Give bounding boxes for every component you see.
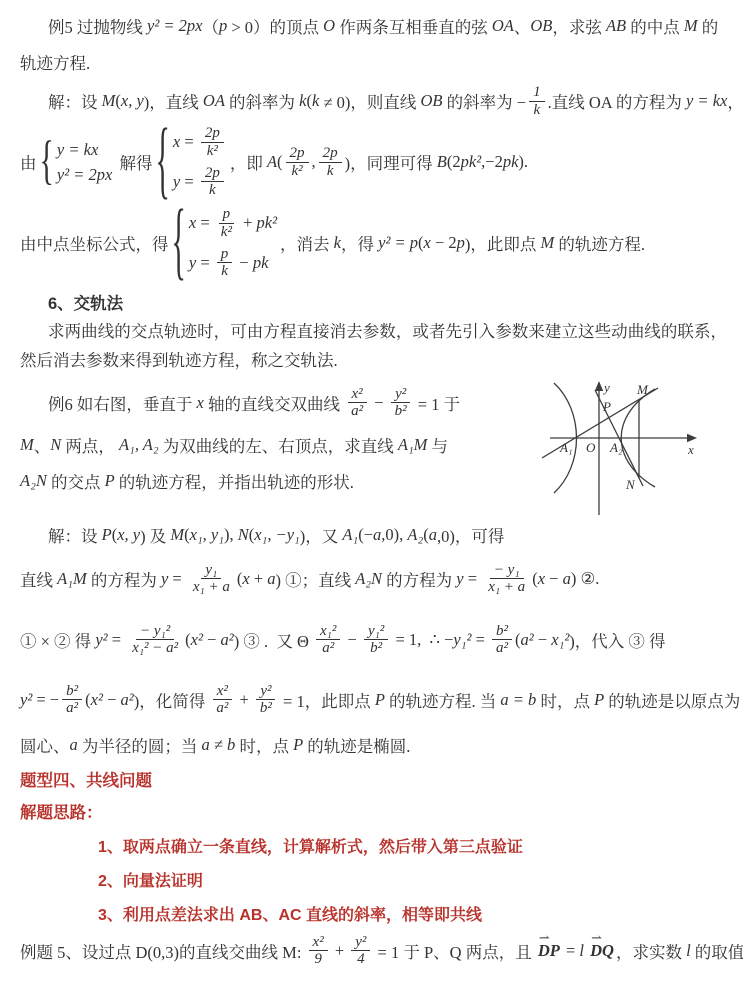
math-variable: x	[173, 132, 180, 152]
math-text: 两点，	[61, 433, 119, 457]
fraction-numerator: 2p	[319, 145, 342, 163]
math-variable: M	[20, 435, 34, 455]
fraction-denominator: a²	[318, 640, 338, 657]
ex5b-problem-line: 例题 5、设过点 D(0,3)的直线交曲线 M: x²9 + y²4 = 1 于…	[20, 927, 727, 975]
math-variable: A₂N	[20, 471, 47, 491]
y-axis-arrowhead	[595, 381, 603, 391]
brace-glyph: {	[172, 200, 186, 287]
math-text: .直线 OA 的方程为	[548, 89, 686, 113]
math-text: 直线	[20, 567, 57, 591]
math-text: > 0）的顶点	[227, 14, 323, 38]
label-P: P	[602, 399, 611, 414]
fraction-numerator: x²	[213, 683, 232, 701]
math-text: =	[196, 253, 214, 273]
system-rows: x = pk² + pk²y = pk − pk	[189, 206, 277, 280]
math-text: −	[235, 253, 253, 273]
section6-heading: 6、交轨法	[20, 290, 727, 314]
math-variable: B	[437, 152, 447, 172]
math-text: =	[562, 941, 580, 961]
fraction: pk²	[217, 206, 236, 241]
fraction-denominator: k	[323, 163, 338, 180]
fraction: pk	[217, 246, 233, 281]
type4-item-2: 2、向量法证明	[20, 868, 727, 891]
document-page: 例5 过抛物线 y² = 2px（p > 0）的顶点 O 作两条互相垂直的弦 O…	[0, 0, 743, 988]
math-variable: A₁M	[398, 435, 428, 455]
equation-system: {x = 2pk²y = 2pk	[156, 125, 227, 199]
math-variable: y²	[95, 630, 107, 650]
ex5-problem-line1: 例5 过抛物线 y² = 2px（p > 0）的顶点 O 作两条互相垂直的弦 O…	[20, 14, 727, 38]
math-text: ，	[727, 89, 743, 113]
ex6-solution-line3: ① × ② 得 y² = − y₁²x₁² − a²(x² − a²) ③ . …	[20, 615, 727, 665]
math-text: （	[202, 14, 219, 38]
math-text: (	[277, 152, 283, 172]
math-variable: A₂	[407, 525, 423, 545]
math-text: 的斜率为	[225, 89, 299, 113]
math-variable: a ≠ b	[202, 735, 236, 755]
label-N: N	[625, 477, 636, 492]
math-variable: pk	[253, 253, 269, 273]
equation-system: {y = kxy² = 2px	[40, 140, 113, 185]
math-text: +	[250, 569, 268, 589]
math-text: 的轨迹是以原点为	[604, 688, 740, 712]
math-text: 为双曲线的左、右顶点，求直线	[159, 433, 398, 457]
hyperbola-figure: y x O A₁ A₂ M N P	[542, 377, 727, 519]
fraction-numerator: b²	[492, 623, 512, 641]
math-text: ，即	[230, 150, 267, 174]
math-text: 例题 5、设过点 D(0,3)的直线交曲线 M:	[20, 939, 306, 963]
math-variable: y	[456, 569, 463, 589]
math-text: = 1 于	[414, 391, 460, 415]
math-text: ，消去	[280, 231, 334, 255]
math-text: −	[534, 630, 552, 650]
math-variable: N	[238, 525, 249, 545]
math-text: =	[180, 132, 198, 152]
fraction: x²9	[309, 934, 328, 969]
fraction: 2pk²	[201, 125, 224, 160]
label-M: M	[636, 382, 649, 397]
math-text: +	[235, 690, 253, 710]
math-text: 的交点	[47, 469, 105, 493]
math-text: ① × ② 得	[20, 628, 95, 652]
fraction-numerator: − y₁²	[136, 623, 174, 641]
math-text: 的轨迹方程，并指出轨迹的形状.	[115, 469, 354, 493]
fraction: y²4	[351, 934, 370, 969]
math-text: ).	[518, 152, 528, 172]
math-text: = 1 于 P、Q 两点，且	[373, 939, 535, 963]
ex6-text-column: 例6 如右图，垂直于 x 轴的直线交双曲线 x²a² − y²b² = 1 于 …	[20, 381, 542, 493]
math-variable: y² = 2px	[147, 16, 202, 36]
fraction-numerator: 2p	[201, 125, 224, 143]
math-variable: A₁	[342, 525, 358, 545]
math-variable: x	[197, 393, 204, 413]
math-text: 的轨迹方程.	[554, 231, 645, 255]
math-text: − 2	[431, 233, 457, 253]
math-variable: A₂N	[355, 569, 382, 589]
math-variable: a²	[221, 630, 234, 650]
math-variable: a	[429, 525, 437, 545]
math-variable: p	[457, 233, 465, 253]
math-variable: y	[189, 253, 196, 273]
fraction-denominator: k²	[217, 224, 236, 241]
fraction-numerator: b²	[62, 683, 82, 701]
math-text: +	[331, 941, 349, 961]
fraction-denominator: b²	[391, 403, 411, 420]
system-row: y = pk − pk	[189, 246, 277, 281]
fraction-numerator: − y₁	[490, 562, 524, 580]
math-text: 的方程为	[87, 567, 161, 591]
math-variable: x²	[191, 630, 203, 650]
math-text: 时，点	[536, 688, 594, 712]
math-text: 时，点	[235, 733, 293, 757]
math-variable: x	[424, 233, 431, 253]
vector-with-arrow: DQ	[590, 941, 614, 961]
fraction-denominator: b²	[366, 640, 386, 657]
math-variable: P	[375, 690, 385, 710]
math-variable: OA	[203, 91, 225, 111]
math-variable: P	[105, 471, 115, 491]
math-text: 由	[20, 150, 37, 174]
math-variable: x	[538, 569, 545, 589]
math-text: =	[168, 569, 186, 589]
math-text: )，直线	[144, 89, 203, 113]
fraction-numerator: x²	[348, 386, 367, 404]
math-text: 与	[427, 433, 448, 457]
math-variable: pk	[503, 152, 519, 172]
math-text: ≠ 0)，则直线	[319, 89, 420, 113]
math-text: =	[108, 630, 126, 650]
math-variable: k	[312, 91, 319, 111]
math-variable: pk²	[461, 152, 482, 172]
system-row: x = pk² + pk²	[189, 206, 277, 241]
math-variable: x, y	[121, 91, 144, 111]
math-variable: x²	[91, 690, 103, 710]
ex5-problem-line2: 轨迹方程.	[20, 50, 727, 74]
label-A1: A₁	[559, 440, 572, 455]
math-text: 的轨迹是椭圆.	[303, 733, 410, 757]
fraction: 2pk	[319, 145, 342, 180]
math-variable: P	[102, 525, 112, 545]
math-text: 作两条互相垂直的弦	[335, 14, 492, 38]
math-text: =	[471, 630, 489, 650]
fraction-denominator: k	[205, 182, 220, 199]
math-variable: x₁²	[551, 630, 569, 650]
math-text: ) ③ . 又 Θ	[234, 628, 313, 652]
math-text: )，又	[300, 523, 343, 547]
fraction: x²a²	[347, 386, 367, 421]
math-variable: x₁, −y₁	[254, 525, 300, 545]
math-text: ，求弦	[552, 14, 606, 38]
ex6-problem-line1: 例6 如右图，垂直于 x 轴的直线交双曲线 x²a² − y²b² = 1 于	[20, 381, 542, 425]
math-text	[584, 941, 588, 961]
math-variable: A₁M	[57, 569, 87, 589]
fraction-numerator: 2p	[201, 165, 224, 183]
fraction: 1k	[529, 84, 545, 119]
math-variable: AB	[606, 16, 626, 36]
fraction: y²b²	[391, 386, 411, 421]
fraction-numerator: 2p	[286, 145, 309, 163]
fraction-numerator: y₁	[201, 562, 221, 580]
math-variable: y = kx	[57, 140, 98, 160]
math-variable: x	[242, 569, 249, 589]
math-text: =	[464, 569, 482, 589]
ex5-solution-system1: 由{y = kxy² = 2px 解得{x = 2pk²y = 2pk，即 A(…	[20, 124, 727, 200]
system-row: x = 2pk²	[173, 125, 227, 160]
ex5-solution-line1: 解：设 M(x, y)，直线 OA 的斜率为 k(k ≠ 0)，则直线 OB 的…	[20, 80, 727, 122]
math-text: 、	[514, 14, 531, 38]
math-text: ) 及	[140, 523, 170, 547]
math-variable: A	[267, 152, 277, 172]
math-variable: a	[373, 525, 381, 545]
math-text: )，同理可得	[345, 150, 437, 174]
equation-system: {x = pk² + pk²y = pk − pk	[172, 206, 278, 280]
math-text: 的斜率为 −	[443, 89, 527, 113]
math-text: 、	[34, 433, 51, 457]
math-text: 例6 如右图，垂直于	[48, 391, 197, 415]
math-text: ，得	[341, 231, 378, 255]
math-variable: k	[334, 233, 341, 253]
math-variable: a	[70, 735, 78, 755]
math-text: = 1, ∴ −	[391, 630, 453, 650]
ex6-problem-line3: A₂N 的交点 P 的轨迹方程，并指出轨迹的形状.	[20, 469, 542, 493]
math-text: ) ②.	[571, 569, 600, 589]
ex6-solution-line2: 直线 A₁M 的方程为 y = y₁x₁ + a(x + a) ①；直线 A₂N…	[20, 555, 727, 603]
fraction: x₁²a²	[316, 623, 340, 658]
fraction-denominator: x₁² − a²	[128, 640, 182, 657]
fraction: − y₁²x₁² − a²	[128, 623, 182, 658]
math-variable: M	[102, 91, 116, 111]
fraction-numerator: p	[217, 246, 233, 264]
math-variable: A₁, A₂	[119, 435, 159, 455]
fraction-denominator: a²	[62, 700, 82, 717]
fraction-denominator: k²	[203, 143, 222, 160]
system-row: y² = 2px	[57, 165, 112, 185]
math-variable: p	[219, 16, 227, 36]
math-text: −	[370, 393, 388, 413]
math-variable: x₁, y₁	[190, 525, 224, 545]
system-rows: y = kxy² = 2px	[57, 140, 112, 185]
fraction-denominator: k²	[287, 163, 306, 180]
fraction-denominator: a²	[212, 700, 232, 717]
type4-item-3: 3、利用点差法求出 AB、AC 直线的斜率，相等即共线	[20, 902, 727, 925]
fraction-numerator: y²	[351, 934, 370, 952]
fraction-numerator: y₁²	[364, 623, 388, 641]
math-variable: a	[563, 569, 571, 589]
math-text: −	[203, 630, 221, 650]
math-text: =	[196, 213, 214, 233]
math-text: 圆心、	[20, 733, 70, 757]
fraction: − y₁x₁ + a	[484, 562, 529, 597]
math-variable: a²	[121, 690, 134, 710]
ex5-solution-system2: 由中点坐标公式，得{x = pk² + pk²y = pk − pk，消去 k，…	[20, 206, 727, 280]
fraction-denominator: a²	[347, 403, 367, 420]
math-variable: y² = 2px	[57, 165, 112, 185]
math-text: 的方程为	[382, 567, 456, 591]
fraction-numerator: y²	[256, 683, 275, 701]
math-text: 轨迹方程.	[20, 50, 90, 74]
fraction-numerator: 1	[529, 84, 545, 102]
type4-item-1: 1、取两点确立一条直线，计算解析式，然后带入第三点验证	[20, 834, 727, 857]
math-variable: x, y	[117, 525, 140, 545]
ex6-block: 例6 如右图，垂直于 x 轴的直线交双曲线 x²a² − y²b² = 1 于 …	[20, 381, 727, 519]
fraction: b²a²	[62, 683, 82, 718]
math-text: 例5 过抛物线	[48, 14, 147, 38]
math-variable: x	[189, 213, 196, 233]
math-text: −	[103, 690, 121, 710]
math-text: 为半径的圆；当	[78, 733, 202, 757]
math-variable: OA	[492, 16, 514, 36]
math-text: 解得	[115, 150, 152, 174]
system-row: y = kx	[57, 140, 112, 160]
math-text: +	[239, 213, 257, 233]
fraction-numerator: p	[219, 206, 235, 224]
ex6-problem-line2: M、N 两点， A₁, A₂ 为双曲线的左、右顶点，求直线 A₁M 与	[20, 433, 542, 457]
math-text: 的中点	[626, 14, 684, 38]
math-variable: O	[323, 16, 335, 36]
fraction: y²b²	[256, 683, 276, 718]
math-variable: y = kx	[686, 91, 727, 111]
ex6-solution-line1: 解：设 P(x, y) 及 M(x₁, y₁), N(x₁, −y₁)，又 A₁…	[20, 523, 727, 547]
math-text: = −	[32, 690, 59, 710]
math-variable: N	[50, 435, 61, 455]
math-text: −	[343, 630, 361, 650]
fraction-denominator: k	[529, 102, 544, 119]
fraction: 2pk²	[286, 145, 309, 180]
x-axis-arrowhead	[687, 434, 697, 442]
label-x: x	[687, 442, 694, 457]
math-variable: y²	[20, 690, 32, 710]
math-variable: y	[161, 569, 168, 589]
math-variable: P	[293, 735, 303, 755]
math-text: )，代入 ③ 得	[569, 628, 665, 652]
math-variable: y	[173, 172, 180, 192]
fraction-denominator: a²	[492, 640, 512, 657]
math-variable: M	[684, 16, 698, 36]
math-text: 轴的直线交双曲线	[204, 391, 344, 415]
math-text: 的轨迹方程. 当	[385, 688, 501, 712]
fraction-denominator: x₁ + a	[189, 579, 234, 596]
fraction-denominator: 4	[353, 951, 369, 968]
fraction: y₁²b²	[364, 623, 388, 658]
label-A2: A₂	[609, 440, 623, 455]
fraction-denominator: k	[217, 263, 232, 280]
type4-subheading: 解题思路：	[20, 799, 727, 823]
math-variable: M	[170, 525, 184, 545]
math-text: ,0)，可得	[437, 523, 504, 547]
math-variable: a	[267, 569, 275, 589]
system-rows: x = 2pk²y = 2pk	[173, 125, 227, 199]
math-text: 由中点坐标公式，得	[20, 231, 169, 255]
math-variable: M	[541, 233, 555, 253]
math-text: 解：设	[48, 89, 102, 113]
math-variable: OB	[421, 91, 443, 111]
fraction-denominator: x₁ + a	[484, 579, 529, 596]
math-variable: k	[299, 91, 306, 111]
label-y: y	[602, 380, 610, 395]
math-text: (−	[358, 525, 373, 545]
fraction-numerator: x²	[309, 934, 328, 952]
math-text: = 1，此即点	[279, 688, 375, 712]
math-variable: pk²	[257, 213, 278, 233]
math-text: )，此即点	[465, 231, 541, 255]
fraction: 2pk	[201, 165, 224, 200]
math-text: ,	[312, 152, 316, 172]
fraction: y₁x₁ + a	[189, 562, 234, 597]
math-variable: a = b	[500, 690, 536, 710]
type4-heading: 题型四、共线问题	[20, 767, 727, 791]
ex6-solution-line5: 圆心、a 为半径的圆；当 a ≠ b 时，点 P 的轨迹是椭圆.	[20, 733, 727, 757]
math-text: ,−2	[481, 152, 503, 172]
ex6-solution-line4: y² = −b²a²(x² − a²)，化简得 x²a² + y²b² = 1，…	[20, 675, 727, 725]
fraction: x²a²	[212, 683, 232, 718]
math-variable: P	[594, 690, 604, 710]
brace-glyph: {	[40, 135, 54, 189]
label-origin: O	[586, 440, 596, 455]
math-text: ,0),	[381, 525, 407, 545]
math-text: 解：设	[48, 523, 102, 547]
fraction-numerator: x₁²	[316, 623, 340, 641]
math-text: 的取值范围。	[691, 939, 743, 963]
math-variable: y² = p	[378, 233, 418, 253]
math-text: 的	[698, 14, 719, 38]
math-text: −	[545, 569, 563, 589]
math-text: )，化简得	[134, 688, 210, 712]
math-text: (2	[447, 152, 461, 172]
math-text: ),	[224, 525, 238, 545]
math-variable: y₁²	[453, 630, 471, 650]
vector-with-arrow: DP	[538, 941, 560, 961]
section6-paragraph: 求两曲线的交点轨迹时，可由方程直接消去参数，或者先引入参数来建立这些动曲线的联系…	[20, 318, 727, 375]
math-variable: a²	[521, 630, 534, 650]
fraction-denominator: b²	[256, 700, 276, 717]
math-text: ) ①；直线	[275, 567, 355, 591]
fraction: b²a²	[492, 623, 512, 658]
fraction-denominator: 9	[310, 951, 326, 968]
brace-glyph: {	[156, 119, 170, 206]
fraction-numerator: y²	[391, 386, 410, 404]
math-text: =	[180, 172, 198, 192]
math-variable: OB	[530, 16, 552, 36]
math-text: ，求实数	[616, 939, 686, 963]
